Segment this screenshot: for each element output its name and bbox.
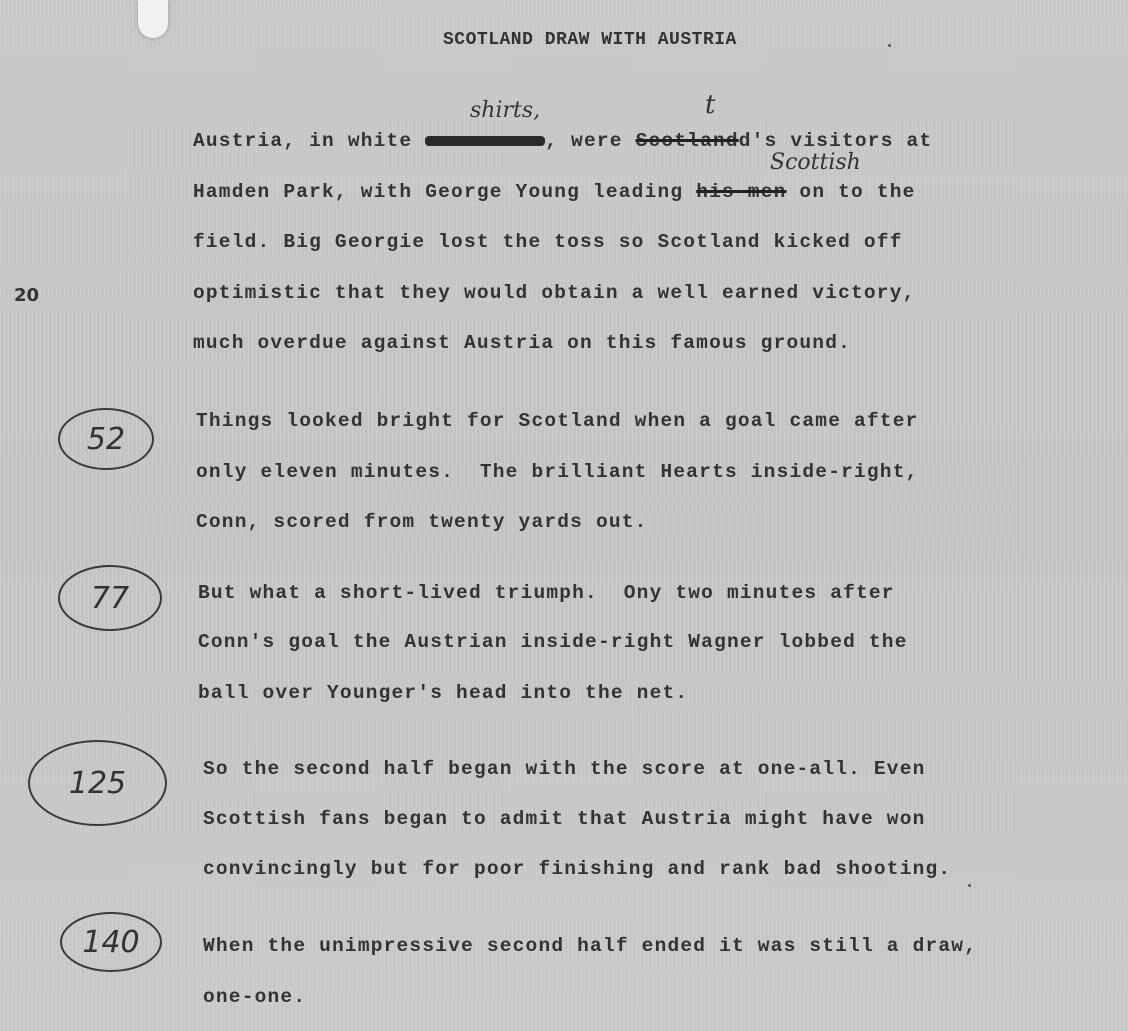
document-title: SCOTLAND DRAW WITH AUSTRIA	[443, 30, 737, 50]
text-line: much overdue against Austria on this fam…	[193, 332, 851, 354]
circled-marker: 125	[28, 740, 167, 826]
punch-hole	[138, 0, 168, 38]
struck-word: his men	[696, 181, 786, 203]
text-segment: Hamden Park, with George Young leading	[193, 181, 696, 203]
text-segment: on to the	[787, 181, 916, 203]
text-line: field. Big Georgie lost the toss so Scot…	[193, 231, 903, 253]
handwritten-insert: Scottish	[770, 150, 861, 175]
circled-marker: 52	[58, 408, 154, 470]
text-line: Things looked bright for Scotland when a…	[196, 410, 919, 432]
circled-marker: 77	[58, 565, 162, 631]
text-line: So the second half began with the score …	[203, 758, 926, 780]
marker-number: 125	[69, 766, 126, 801]
text-line: ball over Younger's head into the net.	[198, 682, 688, 704]
text-line: Conn's goal the Austrian inside-right Wa…	[198, 631, 908, 653]
text-segment: d's visitors at	[739, 130, 933, 152]
text-line: When the unimpressive second half ended …	[203, 935, 977, 957]
text-segment: Austria, in white	[193, 130, 425, 152]
text-line: optimistic that they would obtain a well…	[193, 282, 916, 304]
text-line: one-one.	[203, 986, 306, 1008]
text-line: Scottish fans began to admit that Austri…	[203, 808, 926, 830]
marker-number: 140	[82, 925, 139, 960]
text-line: Conn, scored from twenty yards out.	[196, 511, 648, 533]
handwritten-insert: shirts,	[470, 98, 540, 123]
marker-number: 52	[87, 422, 125, 457]
text-line: Austria, in white jerseys, were Scotland…	[193, 130, 932, 152]
handwritten-insert: t	[705, 90, 715, 120]
struck-word: Scotland	[636, 130, 739, 152]
text-line: only eleven minutes. The brilliant Heart…	[196, 461, 919, 483]
struck-word: jerseys	[425, 136, 545, 146]
paper-speck	[968, 884, 971, 887]
paper-speck	[888, 44, 891, 47]
marker-number: 77	[91, 581, 129, 616]
circled-marker: 140	[60, 912, 162, 972]
text-line: Hamden Park, with George Young leading h…	[193, 181, 916, 203]
text-line: But what a short-lived triumph. Ony two …	[198, 582, 895, 604]
text-line: convincingly but for poor finishing and …	[203, 858, 951, 880]
text-segment: , were	[545, 130, 635, 152]
typewritten-page: SCOTLAND DRAW WITH AUSTRIA 20 Austria, i…	[0, 0, 1128, 1031]
margin-page-number: 20	[14, 285, 39, 306]
